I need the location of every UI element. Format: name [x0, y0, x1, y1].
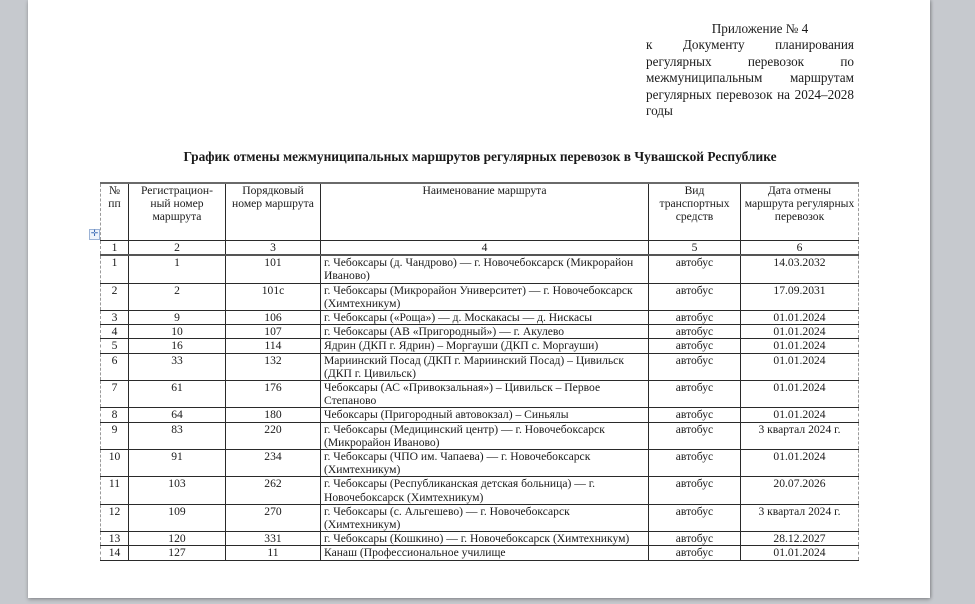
column-number-row: 1 2 3 4 5 6	[101, 241, 859, 256]
registration-number-cell: 33	[129, 353, 226, 380]
table-row: 1091234г. Чебоксары (ЧПО им. Чапаева) — …	[101, 450, 859, 477]
cancel-date-cell: 01.01.2024	[741, 546, 859, 560]
route-name-cell: Ядрин (ДКП г. Ядрин) – Моргауши (ДКП с. …	[321, 339, 649, 353]
column-number: 2	[129, 241, 226, 256]
cancel-date-cell: 01.01.2024	[741, 408, 859, 422]
cancel-date-cell: 17.09.2031	[741, 283, 859, 310]
vehicle-type-cell: автобус	[649, 339, 741, 353]
column-number: 4	[321, 241, 649, 256]
cancel-date-cell: 28.12.2027	[741, 532, 859, 546]
route-name-cell: г. Чебоксары (Кошкино) — г. Новочебоксар…	[321, 532, 649, 546]
row-number-cell: 6	[101, 353, 129, 380]
table-row: 633132Мариинский Посад (ДКП г. Мариински…	[101, 353, 859, 380]
cancel-date-cell: 20.07.2026	[741, 477, 859, 504]
vehicle-type-cell: автобус	[649, 353, 741, 380]
table-row: 1412711Канаш (Профессиональное училищеав…	[101, 546, 859, 560]
row-number-cell: 9	[101, 422, 129, 449]
route-name-cell: г. Чебоксары (АВ «Пригородный») — г. Аку…	[321, 325, 649, 339]
header-cancel-date: Дата отмены маршрута регулярных перевозо…	[741, 183, 859, 241]
vehicle-type-cell: автобус	[649, 532, 741, 546]
table-row: 516114Ядрин (ДКП г. Ядрин) – Моргауши (Д…	[101, 339, 859, 353]
appendix-title: Приложение № 4	[646, 21, 854, 37]
table-row: 12109270г. Чебоксары (с. Альгешево) — г.…	[101, 504, 859, 531]
table-body: 11101г. Чебоксары (д. Чандрово) — г. Нов…	[101, 255, 859, 560]
row-number-cell: 7	[101, 381, 129, 408]
registration-number-cell: 83	[129, 422, 226, 449]
row-number-cell: 2	[101, 283, 129, 310]
cancel-date-cell: 3 квартал 2024 г.	[741, 504, 859, 531]
registration-number-cell: 127	[129, 546, 226, 560]
table-row: 983220г. Чебоксары (Медицинский центр) —…	[101, 422, 859, 449]
table-row: 13120331г. Чебоксары (Кошкино) — г. Ново…	[101, 532, 859, 546]
registration-number-cell: 64	[129, 408, 226, 422]
route-name-cell: г. Чебоксары (д. Чандрово) — г. Новочебо…	[321, 255, 649, 283]
row-number-cell: 8	[101, 408, 129, 422]
registration-number-cell: 120	[129, 532, 226, 546]
cancel-date-cell: 3 квартал 2024 г.	[741, 422, 859, 449]
registration-number-cell: 10	[129, 325, 226, 339]
header-vehicle-type: Вид транспортных средств	[649, 183, 741, 241]
cancel-date-cell: 01.01.2024	[741, 311, 859, 325]
column-number: 5	[649, 241, 741, 256]
registration-number-cell: 109	[129, 504, 226, 531]
vehicle-type-cell: автобус	[649, 477, 741, 504]
vehicle-type-cell: автобус	[649, 450, 741, 477]
row-number-cell: 4	[101, 325, 129, 339]
registration-number-cell: 1	[129, 255, 226, 283]
table-header-row: № пп Регистрацион-ный номер маршрута Пор…	[101, 183, 859, 241]
appendix-body: к Документу планирования регулярных пере…	[646, 37, 854, 119]
appendix-note: Приложение № 4 к Документу планирования …	[646, 21, 854, 119]
sequence-number-cell: 11	[226, 546, 321, 560]
sequence-number-cell: 220	[226, 422, 321, 449]
sequence-number-cell: 101	[226, 255, 321, 283]
table-row: 22101сг. Чебоксары (Микрорайон Университ…	[101, 283, 859, 310]
registration-number-cell: 61	[129, 381, 226, 408]
routes-table: № пп Регистрацион-ный номер маршрута Пор…	[100, 182, 859, 561]
table-move-handle-icon[interactable]: ✛	[89, 229, 100, 240]
column-number: 1	[101, 241, 129, 256]
sequence-number-cell: 101с	[226, 283, 321, 310]
sequence-number-cell: 270	[226, 504, 321, 531]
vehicle-type-cell: автобус	[649, 422, 741, 449]
sequence-number-cell: 234	[226, 450, 321, 477]
sequence-number-cell: 180	[226, 408, 321, 422]
sequence-number-cell: 176	[226, 381, 321, 408]
header-sequence-number: Порядковый номер маршрута	[226, 183, 321, 241]
table-row: 410107г. Чебоксары (АВ «Пригородный») — …	[101, 325, 859, 339]
cancel-date-cell: 01.01.2024	[741, 325, 859, 339]
route-name-cell: Чебоксары (Пригородный автовокзал) – Син…	[321, 408, 649, 422]
registration-number-cell: 9	[129, 311, 226, 325]
registration-number-cell: 91	[129, 450, 226, 477]
table-row: 11101г. Чебоксары (д. Чандрово) — г. Нов…	[101, 255, 859, 283]
vehicle-type-cell: автобус	[649, 546, 741, 560]
cancel-date-cell: 01.01.2024	[741, 381, 859, 408]
vehicle-type-cell: автобус	[649, 408, 741, 422]
sequence-number-cell: 106	[226, 311, 321, 325]
row-number-cell: 11	[101, 477, 129, 504]
registration-number-cell: 103	[129, 477, 226, 504]
cancel-date-cell: 01.01.2024	[741, 450, 859, 477]
registration-number-cell: 16	[129, 339, 226, 353]
vehicle-type-cell: автобус	[649, 311, 741, 325]
header-number: № пп	[101, 183, 129, 241]
row-number-cell: 13	[101, 532, 129, 546]
route-name-cell: Чебоксары (АС «Привокзальная») – Цивильс…	[321, 381, 649, 408]
column-number: 3	[226, 241, 321, 256]
row-number-cell: 12	[101, 504, 129, 531]
vehicle-type-cell: автобус	[649, 325, 741, 339]
vehicle-type-cell: автобус	[649, 504, 741, 531]
sequence-number-cell: 132	[226, 353, 321, 380]
vehicle-type-cell: автобус	[649, 381, 741, 408]
route-name-cell: г. Чебоксары (ЧПО им. Чапаева) — г. Ново…	[321, 450, 649, 477]
route-name-cell: г. Чебоксары (Микрорайон Университет) — …	[321, 283, 649, 310]
route-name-cell: Мариинский Посад (ДКП г. Мариинский Поса…	[321, 353, 649, 380]
route-name-cell: г. Чебоксары (Медицинский центр) — г. Но…	[321, 422, 649, 449]
sequence-number-cell: 114	[226, 339, 321, 353]
row-number-cell: 1	[101, 255, 129, 283]
document-title: График отмены межмуниципальных маршрутов…	[100, 149, 860, 165]
table-row: 11103262г. Чебоксары (Республиканская де…	[101, 477, 859, 504]
vehicle-type-cell: автобус	[649, 255, 741, 283]
table-row: 39106г. Чебоксары («Роща») — д. Москакас…	[101, 311, 859, 325]
route-name-cell: г. Чебоксары («Роща») — д. Москакасы — д…	[321, 311, 649, 325]
route-name-cell: Канаш (Профессиональное училище	[321, 546, 649, 560]
row-number-cell: 5	[101, 339, 129, 353]
header-registration-number: Регистрацион-ный номер маршрута	[129, 183, 226, 241]
row-number-cell: 14	[101, 546, 129, 560]
cancel-date-cell: 01.01.2024	[741, 353, 859, 380]
vehicle-type-cell: автобус	[649, 283, 741, 310]
column-number: 6	[741, 241, 859, 256]
sequence-number-cell: 331	[226, 532, 321, 546]
cancel-date-cell: 01.01.2024	[741, 339, 859, 353]
sequence-number-cell: 107	[226, 325, 321, 339]
row-number-cell: 3	[101, 311, 129, 325]
row-number-cell: 10	[101, 450, 129, 477]
route-name-cell: г. Чебоксары (с. Альгешево) — г. Новочеб…	[321, 504, 649, 531]
sequence-number-cell: 262	[226, 477, 321, 504]
cancel-date-cell: 14.03.2032	[741, 255, 859, 283]
route-name-cell: г. Чебоксары (Республиканская детская бо…	[321, 477, 649, 504]
table-row: 761176Чебоксары (АС «Привокзальная») – Ц…	[101, 381, 859, 408]
registration-number-cell: 2	[129, 283, 226, 310]
header-route-name: Наименование маршрута	[321, 183, 649, 241]
table-row: 864180Чебоксары (Пригородный автовокзал)…	[101, 408, 859, 422]
